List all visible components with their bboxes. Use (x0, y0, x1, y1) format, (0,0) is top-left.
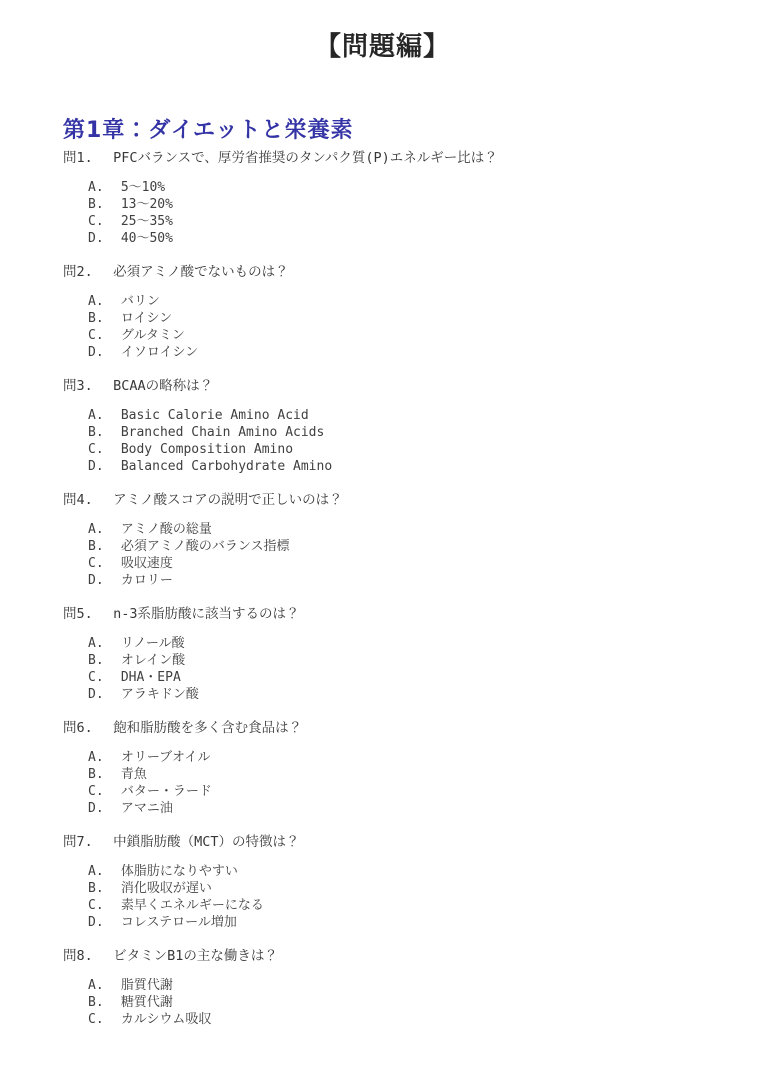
option-label: A. (88, 977, 106, 994)
option-text: Branched Chain Amino Acids (121, 425, 325, 440)
question-line: 問1. PFCバランスで、厚労省推奨のタンパク質(P)エネルギー比は？ (63, 150, 765, 167)
option-label: A. (88, 749, 106, 766)
option-label: B. (88, 538, 106, 555)
option-text: 吸収速度 (121, 556, 173, 571)
question-text: 中鎖脂肪酸（MCT）の特徴は？ (113, 834, 299, 850)
option-list: A. 脂質代謝 B. 糖質代謝 C. カルシウム吸収 (63, 977, 765, 1028)
option-item: B. 13～20% (88, 196, 765, 213)
option-item: D. イソロイシン (88, 344, 765, 361)
option-text: バター・ラード (121, 784, 212, 799)
question-block: 問5. n-3系脂肪酸に該当するのは？ A. リノール酸 B. オレイン酸 C.… (63, 606, 765, 703)
option-label: A. (88, 863, 106, 880)
option-text: 糖質代謝 (121, 995, 173, 1010)
option-item: A. 体脂肪になりやすい (88, 863, 765, 880)
option-item: D. 40～50% (88, 230, 765, 247)
option-text: Basic Calorie Amino Acid (121, 408, 309, 423)
option-text: DHA・EPA (121, 670, 181, 685)
option-list: A. 5～10% B. 13～20% C. 25～35% D. 40～50% (63, 179, 765, 247)
question-number: 問5. (63, 606, 97, 623)
option-text: 体脂肪になりやすい (121, 864, 238, 879)
option-item: D. Balanced Carbohydrate Amino (88, 458, 765, 475)
option-label: A. (88, 293, 106, 310)
question-line: 問4. アミノ酸スコアの説明で正しいのは？ (63, 492, 765, 509)
option-item: C. Body Composition Amino (88, 441, 765, 458)
option-text: バリン (121, 294, 160, 309)
question-text: n-3系脂肪酸に該当するのは？ (113, 606, 299, 622)
option-text: アマニ油 (121, 801, 173, 816)
option-item: B. 必須アミノ酸のバランス指標 (88, 538, 765, 555)
question-text: ビタミンB1の主な働きは？ (113, 948, 278, 964)
question-block: 問1. PFCバランスで、厚労省推奨のタンパク質(P)エネルギー比は？ A. 5… (63, 150, 765, 247)
question-line: 問2. 必須アミノ酸でないものは？ (63, 264, 765, 281)
question-number: 問2. (63, 264, 97, 281)
option-text: 青魚 (121, 767, 147, 782)
question-text: 必須アミノ酸でないものは？ (113, 264, 289, 280)
question-number: 問7. (63, 834, 97, 851)
option-item: A. アミノ酸の総量 (88, 521, 765, 538)
option-text: コレステロール増加 (121, 915, 237, 930)
option-label: D. (88, 344, 106, 361)
section-heading: 第1章：ダイエットと栄養素 (63, 113, 765, 144)
question-list: 問1. PFCバランスで、厚労省推奨のタンパク質(P)エネルギー比は？ A. 5… (0, 150, 765, 1028)
option-item: C. DHA・EPA (88, 669, 765, 686)
option-text: イソロイシン (121, 345, 198, 360)
option-item: B. オレイン酸 (88, 652, 765, 669)
question-text: アミノ酸スコアの説明で正しいのは？ (113, 492, 343, 508)
option-list: A. オリーブオイル B. 青魚 C. バター・ラード D. アマニ油 (63, 749, 765, 817)
question-line: 問6. 飽和脂肪酸を多く含む食品は？ (63, 720, 765, 737)
option-label: C. (88, 555, 106, 572)
option-item: C. 吸収速度 (88, 555, 765, 572)
option-label: D. (88, 914, 106, 931)
option-item: C. グルタミン (88, 327, 765, 344)
question-number: 問1. (63, 150, 97, 167)
option-text: 必須アミノ酸のバランス指標 (121, 539, 290, 554)
question-line: 問8. ビタミンB1の主な働きは？ (63, 948, 765, 965)
question-text: BCAAの略称は？ (113, 378, 213, 394)
question-block: 問7. 中鎖脂肪酸（MCT）の特徴は？ A. 体脂肪になりやすい B. 消化吸収… (63, 834, 765, 931)
option-item: A. Basic Calorie Amino Acid (88, 407, 765, 424)
option-label: D. (88, 572, 106, 589)
option-item: B. Branched Chain Amino Acids (88, 424, 765, 441)
option-item: A. 脂質代謝 (88, 977, 765, 994)
option-item: D. アラキドン酸 (88, 686, 765, 703)
page-title: 【問題編】 (0, 26, 765, 63)
option-label: A. (88, 179, 106, 196)
option-item: A. オリーブオイル (88, 749, 765, 766)
option-list: A. リノール酸 B. オレイン酸 C. DHA・EPA D. アラキドン酸 (63, 635, 765, 703)
option-list: A. Basic Calorie Amino Acid B. Branched … (63, 407, 765, 475)
option-text: 13～20% (121, 197, 173, 212)
option-item: C. 素早くエネルギーになる (88, 897, 765, 914)
option-label: B. (88, 310, 106, 327)
question-block: 問4. アミノ酸スコアの説明で正しいのは？ A. アミノ酸の総量 B. 必須アミ… (63, 492, 765, 589)
question-text: 飽和脂肪酸を多く含む食品は？ (113, 720, 302, 736)
option-label: C. (88, 327, 106, 344)
option-text: Balanced Carbohydrate Amino (121, 459, 332, 474)
option-label: B. (88, 994, 106, 1011)
option-label: D. (88, 230, 106, 247)
option-label: B. (88, 196, 106, 213)
option-text: アラキドン酸 (121, 687, 199, 702)
option-item: A. リノール酸 (88, 635, 765, 652)
question-text: PFCバランスで、厚労省推奨のタンパク質(P)エネルギー比は？ (113, 150, 498, 166)
question-line: 問3. BCAAの略称は？ (63, 378, 765, 395)
option-label: D. (88, 686, 106, 703)
option-text: 消化吸収が遅い (121, 881, 212, 896)
option-label: D. (88, 458, 106, 475)
question-number: 問6. (63, 720, 97, 737)
option-item: D. アマニ油 (88, 800, 765, 817)
question-block: 問2. 必須アミノ酸でないものは？ A. バリン B. ロイシン C. グルタミ… (63, 264, 765, 361)
option-text: グルタミン (121, 328, 185, 343)
option-text: リノール酸 (121, 636, 185, 651)
option-text: オレイン酸 (121, 653, 185, 668)
option-item: B. ロイシン (88, 310, 765, 327)
option-text: 40～50% (121, 231, 173, 246)
option-label: B. (88, 880, 106, 897)
option-item: A. バリン (88, 293, 765, 310)
option-label: A. (88, 521, 106, 538)
question-block: 問8. ビタミンB1の主な働きは？ A. 脂質代謝 B. 糖質代謝 C. カルシ… (63, 948, 765, 1028)
option-label: C. (88, 897, 106, 914)
option-list: A. バリン B. ロイシン C. グルタミン D. イソロイシン (63, 293, 765, 361)
option-text: ロイシン (121, 311, 172, 326)
option-label: A. (88, 407, 106, 424)
option-item: D. カロリー (88, 572, 765, 589)
option-list: A. 体脂肪になりやすい B. 消化吸収が遅い C. 素早くエネルギーになる D… (63, 863, 765, 931)
option-label: C. (88, 441, 106, 458)
question-block: 問3. BCAAの略称は？ A. Basic Calorie Amino Aci… (63, 378, 765, 475)
option-item: B. 糖質代謝 (88, 994, 765, 1011)
question-line: 問7. 中鎖脂肪酸（MCT）の特徴は？ (63, 834, 765, 851)
question-number: 問4. (63, 492, 97, 509)
option-item: A. 5～10% (88, 179, 765, 196)
option-item: C. カルシウム吸収 (88, 1011, 765, 1028)
question-block: 問6. 飽和脂肪酸を多く含む食品は？ A. オリーブオイル B. 青魚 C. バ… (63, 720, 765, 817)
option-text: 素早くエネルギーになる (121, 898, 264, 913)
option-label: C. (88, 213, 106, 230)
option-list: A. アミノ酸の総量 B. 必須アミノ酸のバランス指標 C. 吸収速度 D. カ… (63, 521, 765, 589)
option-item: B. 消化吸収が遅い (88, 880, 765, 897)
question-number: 問8. (63, 948, 97, 965)
option-label: C. (88, 669, 106, 686)
question-number: 問3. (63, 378, 97, 395)
option-label: B. (88, 652, 106, 669)
question-line: 問5. n-3系脂肪酸に該当するのは？ (63, 606, 765, 623)
option-label: B. (88, 424, 106, 441)
option-text: 25～35% (121, 214, 173, 229)
option-label: D. (88, 800, 106, 817)
option-item: C. 25～35% (88, 213, 765, 230)
option-label: A. (88, 635, 106, 652)
option-label: B. (88, 766, 106, 783)
option-text: 5～10% (121, 180, 165, 195)
option-text: カルシウム吸収 (121, 1012, 212, 1027)
document-page: 【問題編】 第1章：ダイエットと栄養素 問1. PFCバランスで、厚労省推奨のタ… (0, 0, 765, 1080)
option-label: C. (88, 783, 106, 800)
option-text: オリーブオイル (121, 750, 211, 765)
option-item: D. コレステロール増加 (88, 914, 765, 931)
option-text: Body Composition Amino (121, 442, 293, 457)
option-text: アミノ酸の総量 (121, 522, 212, 537)
option-item: B. 青魚 (88, 766, 765, 783)
option-text: カロリー (121, 573, 173, 588)
option-item: C. バター・ラード (88, 783, 765, 800)
option-text: 脂質代謝 (121, 978, 173, 993)
option-label: C. (88, 1011, 106, 1028)
